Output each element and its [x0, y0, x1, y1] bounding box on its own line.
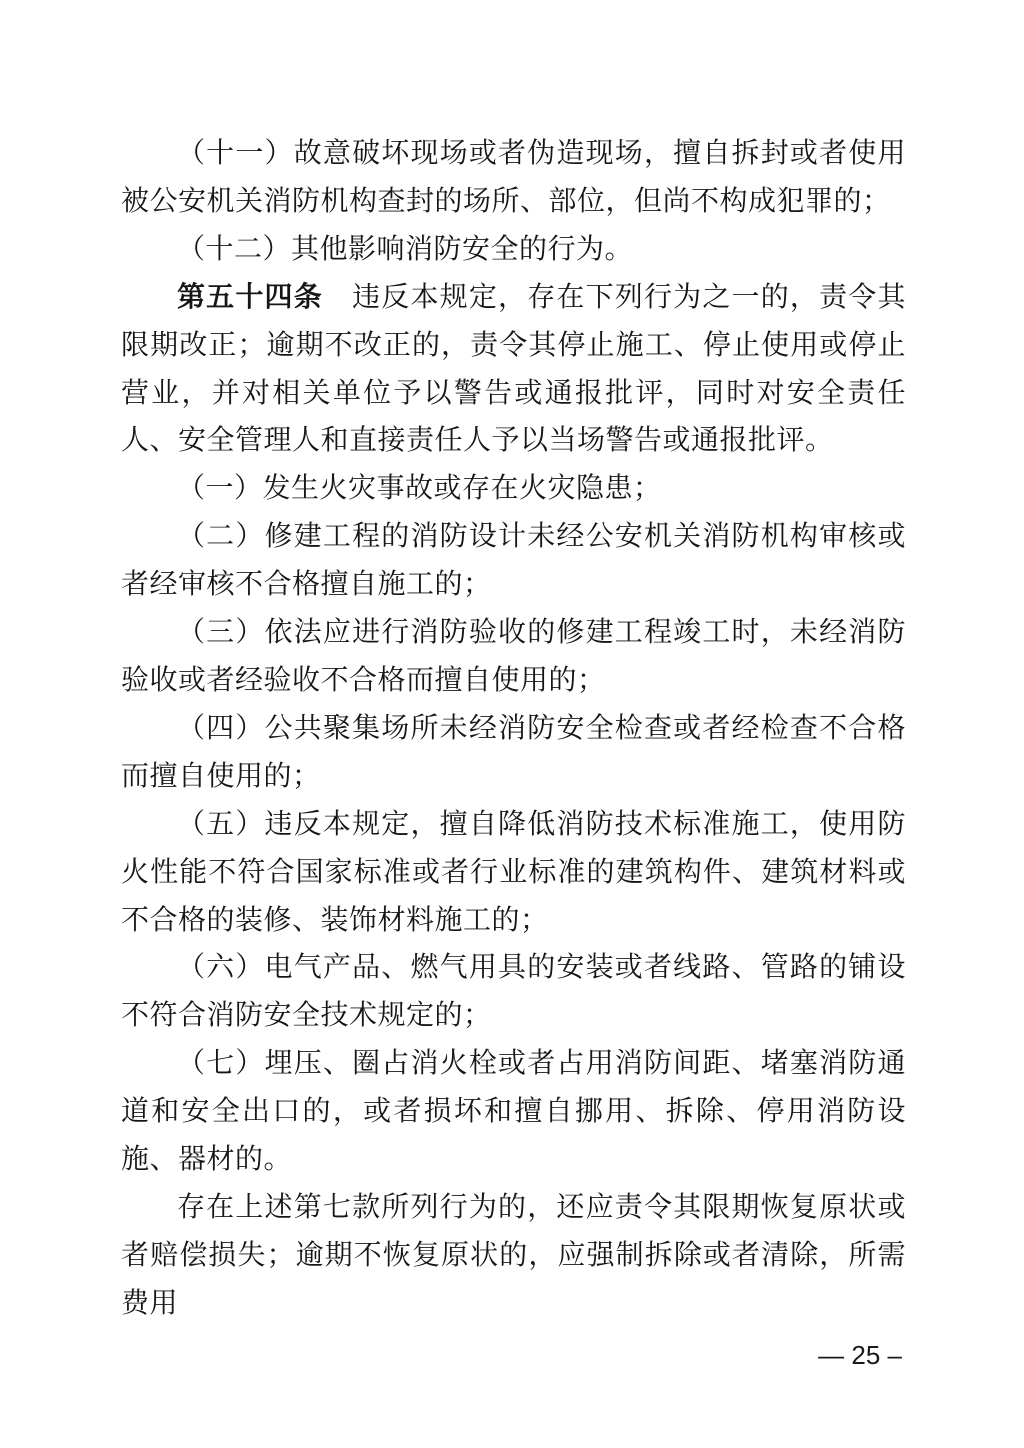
paragraph-text: （一）发生火灾事故或存在火灾隐患； — [177, 473, 662, 504]
paragraph-item-6: （六）电气产品、燃气用具的安装或者线路、管路的铺设不符合消防安全技术规定的； — [121, 944, 906, 1040]
paragraph-text: （五）违反本规定，擅自降低消防技术标准施工，使用防火性能不符合国家标准或者行业标… — [121, 809, 906, 936]
paragraph-item-5: （五）违反本规定，擅自降低消防技术标准施工，使用防火性能不符合国家标准或者行业标… — [121, 801, 906, 945]
paragraph-item-3: （三）依法应进行消防验收的修建工程竣工时，未经消防验收或者经验收不合格而擅自使用… — [121, 609, 906, 705]
paragraph-item-2: （二）修建工程的消防设计未经公安机关消防机构审核或者经审核不合格擅自施工的； — [121, 513, 906, 609]
paragraph-text: （六）电气产品、燃气用具的安装或者线路、管路的铺设不符合消防安全技术规定的； — [121, 952, 906, 1031]
paragraph-text: （十二）其他影响消防安全的行为。 — [177, 234, 633, 265]
paragraph-item-11: （十一）故意破坏现场或者伪造现场，擅自拆封或者使用被公安机关消防机构查封的场所、… — [121, 130, 906, 226]
paragraph-item-4: （四）公共聚集场所未经消防安全检查或者经检查不合格而擅自使用的； — [121, 705, 906, 801]
paragraph-closing: 存在上述第七款所列行为的，还应责令其限期恢复原状或者赔偿损失；逾期不恢复原状的，… — [121, 1184, 906, 1328]
paragraph-text: （十一）故意破坏现场或者伪造现场，擅自拆封或者使用被公安机关消防机构查封的场所、… — [121, 138, 906, 217]
paragraph-text: （二）修建工程的消防设计未经公安机关消防机构审核或者经审核不合格擅自施工的； — [121, 521, 906, 600]
page-number: — 25 – — [818, 1340, 902, 1370]
paragraph-text: （四）公共聚集场所未经消防安全检查或者经检查不合格而擅自使用的； — [121, 713, 906, 792]
paragraph-item-12: （十二）其他影响消防安全的行为。 — [121, 226, 906, 274]
document-body: （十一）故意破坏现场或者伪造现场，擅自拆封或者使用被公安机关消防机构查封的场所、… — [121, 130, 906, 1328]
document-page: （十一）故意破坏现场或者伪造现场，擅自拆封或者使用被公安机关消防机构查封的场所、… — [0, 0, 1024, 1448]
page-footer: — 25 – — [818, 1340, 902, 1370]
paragraph-item-7: （七）埋压、圈占消火栓或者占用消防间距、堵塞消防通道和安全出口的，或者损坏和擅自… — [121, 1040, 906, 1184]
paragraph-text: （三）依法应进行消防验收的修建工程竣工时，未经消防验收或者经验收不合格而擅自使用… — [121, 617, 906, 696]
paragraph-item-1: （一）发生火灾事故或存在火灾隐患； — [121, 465, 906, 513]
paragraph-article-54: 第五十四条 违反本规定，存在下列行为之一的，责令其限期改正；逾期不改正的，责令其… — [121, 274, 906, 466]
article-number-bold: 第五十四条 — [177, 282, 323, 313]
paragraph-text: 存在上述第七款所列行为的，还应责令其限期恢复原状或者赔偿损失；逾期不恢复原状的，… — [121, 1192, 906, 1319]
paragraph-text: （七）埋压、圈占消火栓或者占用消防间距、堵塞消防通道和安全出口的，或者损坏和擅自… — [121, 1048, 906, 1175]
